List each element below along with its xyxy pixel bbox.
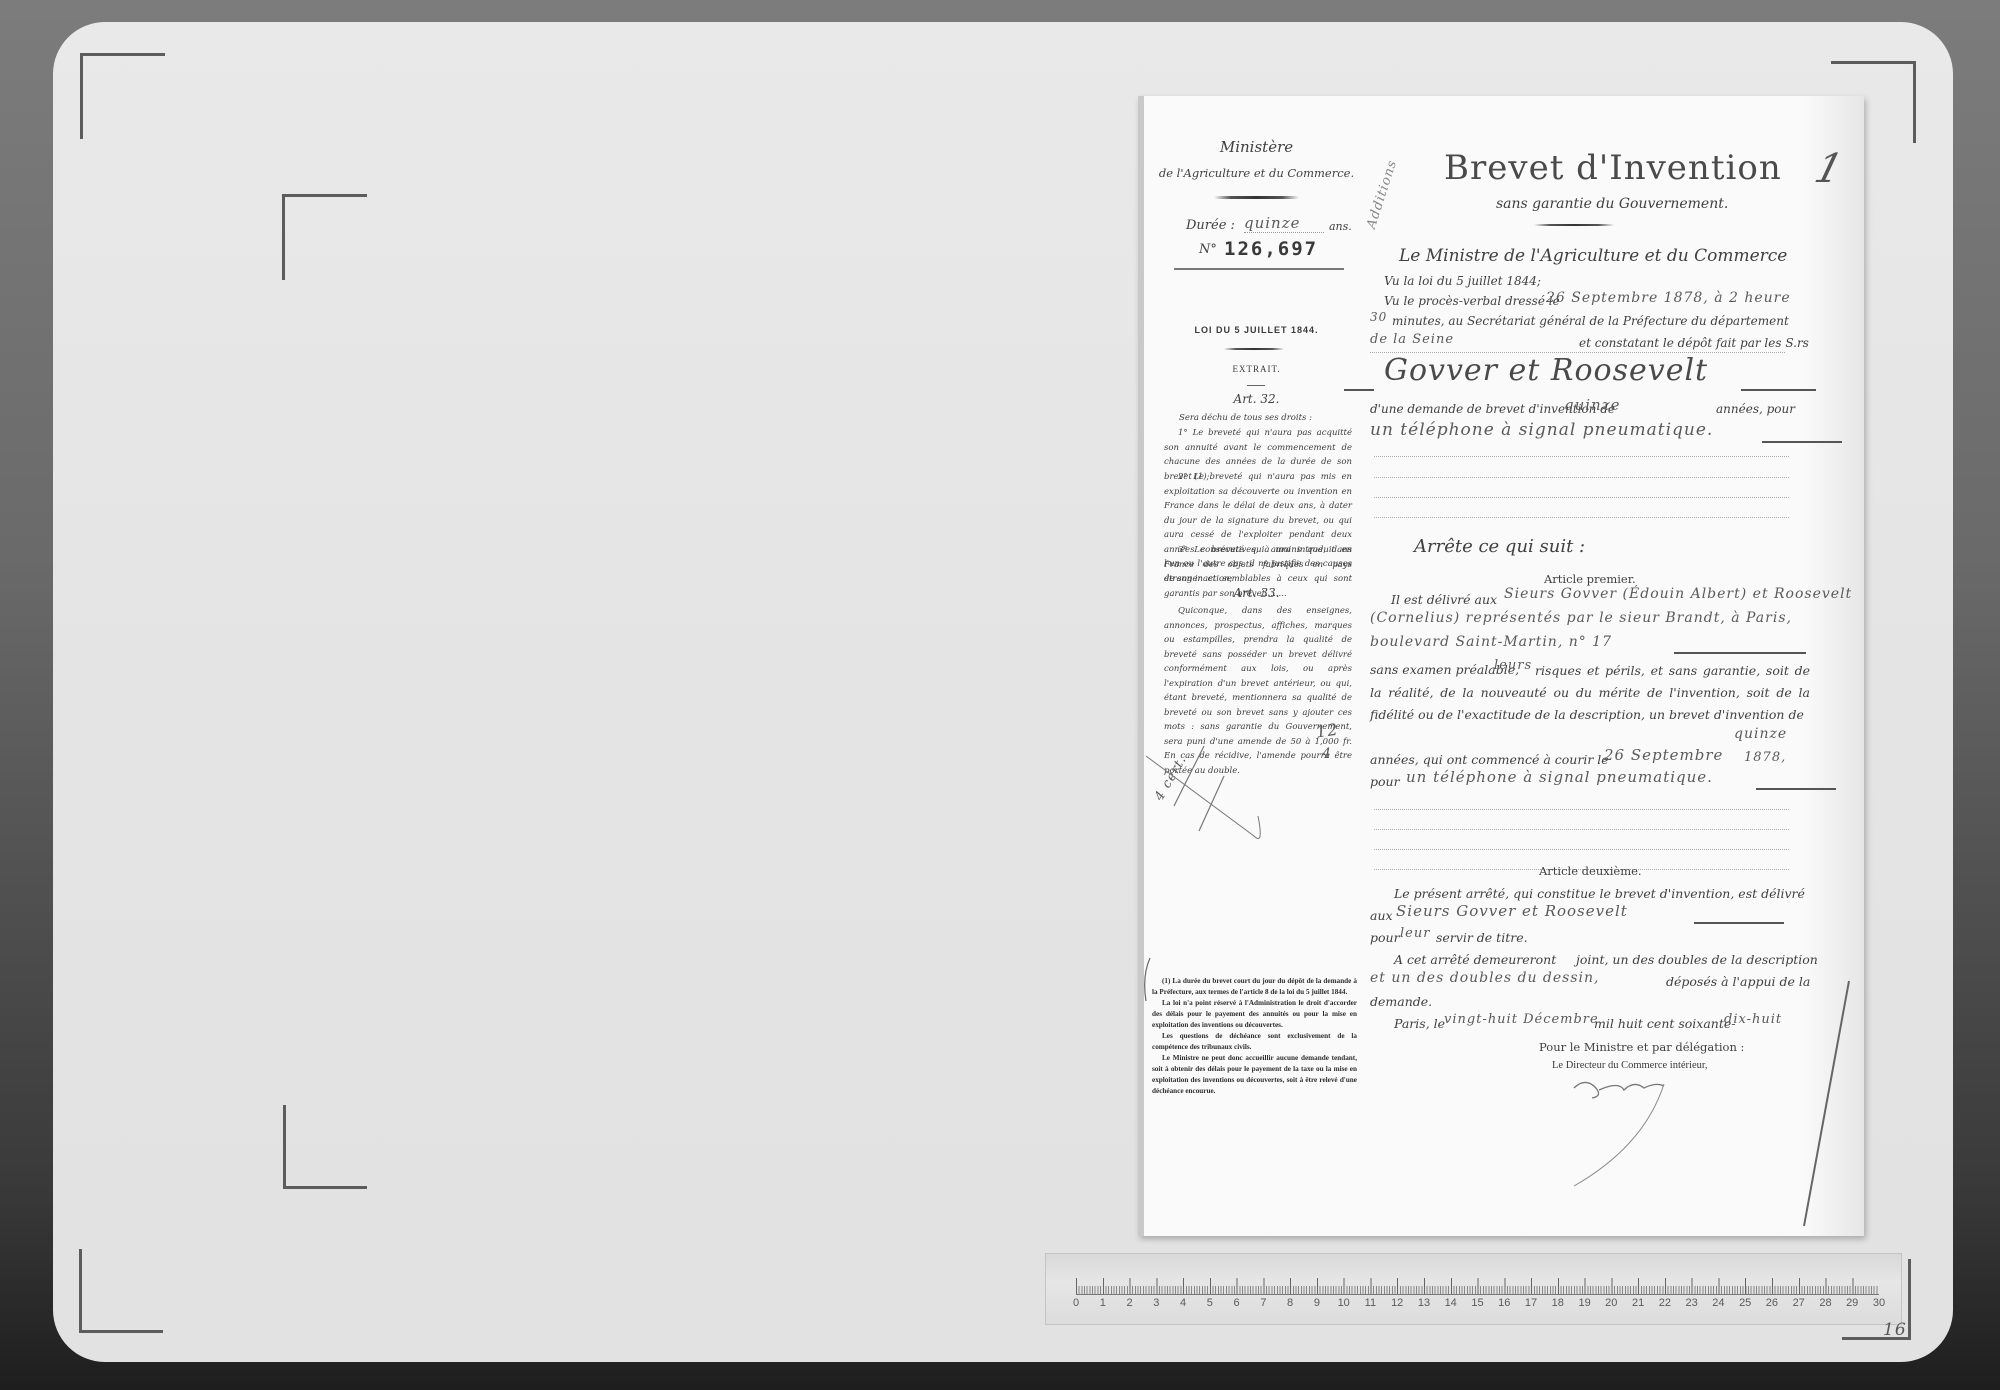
corner-mark-bottom-left [79, 1249, 163, 1333]
article1-year: 1878, [1744, 750, 1786, 765]
blank-line-2 [1374, 477, 1789, 478]
ruler-label: 1 [1100, 1297, 1106, 1309]
demande-suffix: années, pour [1716, 402, 1795, 416]
blank-line-6 [1374, 829, 1789, 830]
signature-icon [1564, 1076, 1694, 1196]
ruler-label: 24 [1712, 1297, 1724, 1309]
measurement-ruler: 0 1 2 3 4 5 6 7 8 9 10 11 12 13 14 15 16… [1045, 1253, 1902, 1325]
margin-strike-line-icon [1144, 736, 1274, 846]
law-heading: LOI DU 5 JUILLET 1844. [1144, 325, 1369, 335]
article2-dessin: et un des doubles du dessin, [1370, 970, 1599, 986]
ruler-label: 3 [1153, 1297, 1159, 1309]
ruler-label: 14 [1445, 1297, 1457, 1309]
article2-names: Sieurs Govver et Roosevelt [1396, 902, 1628, 920]
ruler-label: 20 [1605, 1297, 1617, 1309]
margin-fraction-bottom: 4 [1322, 746, 1332, 762]
article2-aux: aux [1370, 908, 1393, 923]
pour-ministre: Pour le Ministre et par délégation : [1539, 1040, 1744, 1054]
page-edge-curl-icon [1799, 976, 1859, 1236]
article2-text1: Le présent arrêté, qui constitue le brev… [1394, 886, 1805, 901]
paris-mid: mil huit cent soixante- [1594, 1016, 1736, 1031]
ornament-divider [1214, 196, 1299, 199]
minister-line: Le Ministre de l'Agriculture et du Comme… [1399, 246, 1787, 266]
duree-label: Durée : [1186, 218, 1235, 233]
article2-demande: demande. [1370, 994, 1432, 1009]
minutes-text: minutes, au Secrétariat général de la Pr… [1392, 314, 1789, 328]
ministry-line2: de l'Agriculture et du Commerce. [1144, 166, 1369, 180]
ruler-ticks [1076, 1278, 1879, 1295]
ruler-label: 25 [1739, 1297, 1751, 1309]
art32-title: Art. 32. [1144, 392, 1369, 406]
article1-grantees-underline [1674, 652, 1806, 654]
vu-loi: Vu la loi du 5 juillet 1844; [1384, 274, 1541, 288]
blank-line-5 [1374, 809, 1789, 810]
patent-document: Ministère de l'Agriculture et du Commerc… [1138, 96, 1864, 1236]
vu-pv-date: 26 Septembre 1878, à 2 heure [1546, 290, 1791, 306]
article2-servir: servir de titre. [1436, 930, 1528, 945]
article1-grantees-line2: (Cornelius) représentés par le sieur Bra… [1370, 610, 1792, 626]
ruler-label: 9 [1314, 1297, 1320, 1309]
blank-line-3 [1374, 497, 1789, 498]
invention-underline [1762, 441, 1842, 443]
margin-fraction-top: 12 [1315, 720, 1340, 742]
article1-body-b: risques et périls, et sans garantie, soi… [1370, 660, 1810, 726]
article1-body-c: années, qui ont commencé à courir le [1370, 752, 1609, 767]
minutes-value: 30 [1370, 310, 1387, 324]
blank-line-1 [1374, 456, 1789, 457]
article2-text3: déposés à l'appui de la [1666, 974, 1810, 989]
footnote-p2: La loi n'a point réservé à l'Administrat… [1152, 998, 1357, 1031]
ruler-label: 10 [1338, 1297, 1350, 1309]
sheet-number: 16 [1883, 1320, 1907, 1340]
invention-title: un téléphone à signal pneumatique. [1370, 420, 1713, 440]
ruler-label: 18 [1552, 1297, 1564, 1309]
ruler-label: 22 [1659, 1297, 1671, 1309]
applicants-underline [1344, 389, 1374, 391]
arrete-heading: Arrête ce qui suit : [1414, 536, 1585, 557]
constatant-text: et constatant le dépôt fait par les S.rs [1579, 336, 1809, 350]
departement-value: de la Seine [1370, 332, 1454, 347]
blank-line-7 [1374, 849, 1789, 850]
ruler-label: 21 [1632, 1297, 1644, 1309]
number-label: N° [1199, 242, 1217, 257]
ruler-label: 28 [1819, 1297, 1831, 1309]
applicant-names: Govver et Roosevelt [1384, 353, 1708, 388]
footnote-p3: Les questions de déchéance sont exclusiv… [1152, 1031, 1357, 1053]
duree-value: quinze [1244, 214, 1324, 233]
ruler-label: 30 [1873, 1297, 1885, 1309]
ruler-label: 0 [1073, 1297, 1079, 1309]
crop-mark-top-left [282, 194, 367, 280]
article2-text2-prefix: A cet arrêté demeureront [1394, 952, 1556, 967]
ruler-label: 5 [1207, 1297, 1213, 1309]
ruler-label: 16 [1498, 1297, 1510, 1309]
article1-heading: Article premier. [1544, 572, 1636, 586]
ruler-label: 2 [1126, 1297, 1132, 1309]
corner-mark-top-left [80, 53, 165, 139]
ruler-label: 8 [1287, 1297, 1293, 1309]
ornament-divider-3 [1534, 224, 1614, 226]
article2-names-underline [1694, 922, 1784, 924]
document-title: Brevet d'Invention [1444, 148, 1782, 188]
footnote-p4: Le Ministre ne peut donc accueillir aucu… [1152, 1053, 1357, 1097]
ruler-label: 4 [1180, 1297, 1186, 1309]
paris-date: vingt-huit Décembre [1444, 1012, 1599, 1027]
ruler-label: 23 [1685, 1297, 1697, 1309]
ruler-label: 19 [1578, 1297, 1590, 1309]
extrait-heading: EXTRAIT. [1144, 364, 1369, 374]
blank-line-4 [1374, 517, 1789, 518]
ruler-label: 12 [1391, 1297, 1403, 1309]
ornament-divider-2 [1224, 348, 1284, 350]
vu-pv-prefix: Vu le procès-verbal dressé le [1384, 294, 1560, 308]
footnote-p1: (1) La durée du brevet court du jour du … [1152, 976, 1357, 998]
ministry-line1: Ministère [1144, 138, 1369, 156]
ruler-labels: 0 1 2 3 4 5 6 7 8 9 10 11 12 13 14 15 16… [1076, 1297, 1906, 1313]
ruler-label: 13 [1418, 1297, 1430, 1309]
ruler-label: 26 [1766, 1297, 1778, 1309]
article2-pour: pour [1370, 930, 1400, 945]
art33-title: Art. 33. [1144, 586, 1369, 600]
article1-pour: pour [1370, 774, 1400, 789]
article2-leur: leur [1400, 926, 1430, 941]
article1-start-date: 26 Septembre [1604, 746, 1723, 764]
ruler-label: 6 [1234, 1297, 1240, 1309]
article1-grantees-line3: boulevard Saint-Martin, n° 17 [1370, 634, 1612, 650]
ruler-label: 7 [1260, 1297, 1266, 1309]
ruler-label: 27 [1793, 1297, 1805, 1309]
ruler-label: 29 [1846, 1297, 1858, 1309]
crop-mark-bottom-left [283, 1105, 367, 1189]
ruler-label: 17 [1525, 1297, 1537, 1309]
article2-heading: Article deuxième. [1539, 864, 1642, 878]
article1-grantees-line1: Sieurs Govver (Édouin Albert) et Rooseve… [1504, 586, 1852, 602]
margin-annotation-additions: Additions [1364, 158, 1400, 231]
patent-number: 126,697 [1224, 238, 1318, 260]
applicants-underline-2 [1741, 389, 1816, 391]
duree-unit: ans. [1329, 220, 1352, 233]
directeur: Le Directeur du Commerce intérieur, [1552, 1060, 1708, 1071]
article1-invention: un téléphone à signal pneumatique. [1406, 768, 1713, 786]
paris-prefix: Paris, le [1394, 1016, 1445, 1031]
article1-prefix: Il est délivré aux [1391, 592, 1497, 607]
extrait-rule [1247, 385, 1265, 386]
article1-years: quinze [1734, 726, 1787, 742]
art32-intro: Sera déchu de tous ses droits : [1179, 411, 1312, 426]
demande-years: quinze [1564, 396, 1621, 414]
document-subtitle: sans garantie du Gouvernement. [1496, 196, 1728, 212]
ruler-label: 11 [1365, 1297, 1376, 1309]
article1-invention-underline [1756, 788, 1836, 790]
ruler-label: 15 [1471, 1297, 1483, 1309]
article2-text2-mid: joint, un des doubles de la description [1576, 952, 1818, 967]
left-header-rule [1174, 268, 1344, 270]
paris-year: dix-huit [1724, 1012, 1782, 1027]
